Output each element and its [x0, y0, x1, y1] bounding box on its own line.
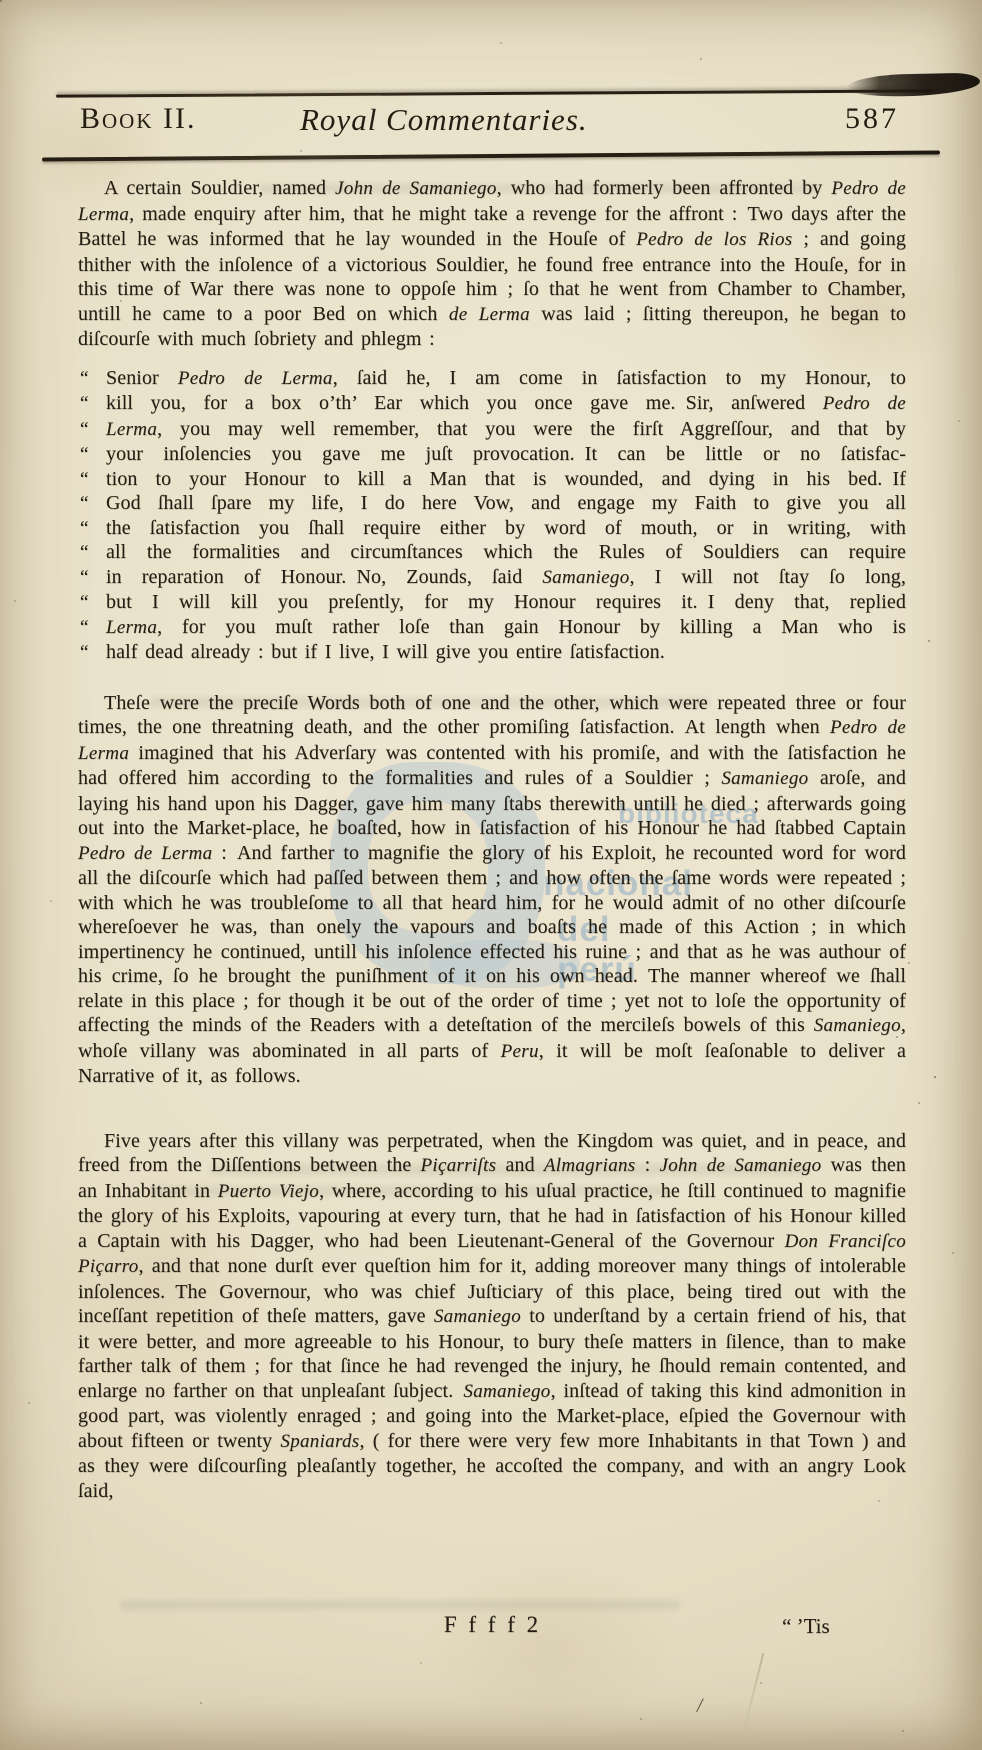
text-run: A certain Souldier, named: [104, 177, 335, 199]
hanging-quote-mark: “: [80, 367, 89, 392]
quote-line: “Lerma, you may well remember, that you …: [106, 417, 906, 443]
text-run: God ſhall ſpare my life, I do here Vow, …: [106, 492, 906, 514]
text-run: , I will not ſtay ſo long,: [630, 566, 906, 588]
text-run: Senior: [106, 367, 178, 389]
italic-proper-name: de Lerma: [449, 304, 530, 325]
italic-proper-name: Samaniego: [542, 567, 629, 588]
italic-proper-name: Lerma: [106, 617, 157, 638]
text-run: , you may well remember, that you were t…: [157, 418, 906, 440]
quote-line: “Lerma, for you muſt rather loſe than ga…: [106, 615, 906, 641]
foxing-specks: [0, 0, 2, 2]
italic-proper-name: Piçarriſts: [421, 1155, 497, 1176]
hanging-quote-mark: “: [80, 492, 89, 517]
text-run: your inſolencies you gave me juſt provoc…: [106, 443, 906, 465]
text-run: half dead already : but if I live, I wil…: [106, 641, 665, 663]
hanging-quote-mark: “: [80, 468, 89, 493]
quoted-speech-block: “Senior Pedro de Lerma, ſaid he, I am co…: [78, 366, 906, 665]
paper-scratch: [742, 1653, 765, 1736]
text-block: A certain Souldier, named John de Samani…: [78, 176, 906, 1517]
text-run: , who had formerly been affronted by: [497, 177, 832, 199]
paragraph: A certain Souldier, named John de Samani…: [78, 176, 906, 352]
hanging-quote-mark: “: [80, 517, 89, 542]
italic-proper-name: John de Samaniego: [335, 178, 497, 199]
text-run: Theſe were the preciſe Words both of one…: [78, 692, 906, 739]
stray-pen-mark: /: [695, 1693, 704, 1719]
text-run: : And farther to magnifie the glory of h…: [78, 842, 906, 1037]
paragraph: Theſe were the preciſe Words both of one…: [78, 691, 906, 1089]
running-header: Book II. Royal Commentaries. 587: [0, 102, 982, 146]
quote-line: “your inſolencies you gave me juſt provo…: [106, 442, 906, 467]
paper-stain: [420, 1560, 680, 1730]
quote-line: “in reparation of Honour. No, Zounds, ſa…: [106, 565, 906, 591]
running-title: Royal Commentaries.: [300, 102, 588, 138]
paragraph: Five years after this villany was perpet…: [78, 1129, 906, 1504]
text-run: in reparation of Honour. No, Zounds, ſai…: [106, 566, 542, 588]
quote-line: “the ſatisfaction you ſhall require eith…: [106, 516, 906, 541]
text-run: , for you muſt rather loſe than gain Hon…: [157, 616, 906, 638]
hanging-quote-mark: “: [80, 616, 89, 641]
text-run: all the formalities and circumſtances wh…: [106, 541, 906, 563]
catchword: “ ’Tis: [782, 1614, 830, 1639]
quote-line: “all the formalities and circumſtances w…: [106, 540, 906, 565]
quote-line: “tion to your Honour to kill a Man that …: [106, 467, 906, 492]
italic-proper-name: John de Samaniego: [659, 1155, 821, 1176]
bleed-through-text: [120, 1600, 680, 1610]
quote-line: “but I will kill you preſently, for my H…: [106, 590, 906, 615]
book-label: Book II.: [80, 102, 197, 136]
hanging-quote-mark: “: [80, 641, 89, 666]
hanging-quote-mark: “: [80, 392, 89, 417]
header-bottom-rule: [42, 150, 940, 161]
ink-smudge: [846, 73, 980, 98]
text-run: tion to your Honour to kill a Man that i…: [106, 468, 906, 490]
italic-proper-name: Samaniego: [721, 768, 808, 789]
text-run: kill you, for a box o’th’ Ear which you …: [106, 392, 823, 414]
quote-line: “kill you, for a box o’th’ Ear which you…: [106, 391, 906, 417]
italic-proper-name: Samaniego: [463, 1381, 550, 1402]
text-run: the ſatisfaction you ſhall require eithe…: [106, 517, 906, 539]
italic-proper-name: Peru: [501, 1041, 539, 1062]
text-run: but I will kill you preſently, for my Ho…: [106, 591, 906, 613]
header-top-rule: [56, 89, 932, 97]
italic-proper-name: Pedro de los Rios: [636, 229, 792, 250]
italic-proper-name: Pedro de Lerma: [78, 843, 212, 864]
hanging-quote-mark: “: [80, 591, 89, 616]
italic-proper-name: Samaniego: [814, 1015, 901, 1036]
page-number: 587: [845, 102, 899, 136]
italic-proper-name: Lerma: [106, 419, 157, 440]
italic-proper-name: Pedro de: [823, 393, 906, 414]
italic-proper-name: Puerto Viejo: [218, 1181, 319, 1202]
hanging-quote-mark: “: [80, 443, 89, 468]
italic-proper-name: Spaniards: [280, 1431, 359, 1452]
quote-line: “Senior Pedro de Lerma, ſaid he, I am co…: [106, 366, 906, 392]
text-run: :: [636, 1154, 660, 1176]
italic-proper-name: Almagrians: [544, 1155, 636, 1176]
quote-line: “God ſhall ſpare my life, I do here Vow,…: [106, 491, 906, 516]
hanging-quote-mark: “: [80, 418, 89, 443]
hanging-quote-mark: “: [80, 566, 89, 591]
text-run: and: [496, 1154, 543, 1176]
signature-mark: F f f f 2: [0, 1612, 982, 1638]
quote-line: “half dead already : but if I live, I wi…: [106, 640, 906, 665]
text-run: , ſaid he, I am come in ſatisfaction to …: [333, 367, 906, 389]
italic-proper-name: Pedro de Lerma: [178, 368, 333, 389]
italic-proper-name: Samaniego: [434, 1306, 521, 1327]
book-page: biblioteca nacional del perú Book II. Ro…: [0, 0, 982, 1750]
hanging-quote-mark: “: [80, 541, 89, 566]
